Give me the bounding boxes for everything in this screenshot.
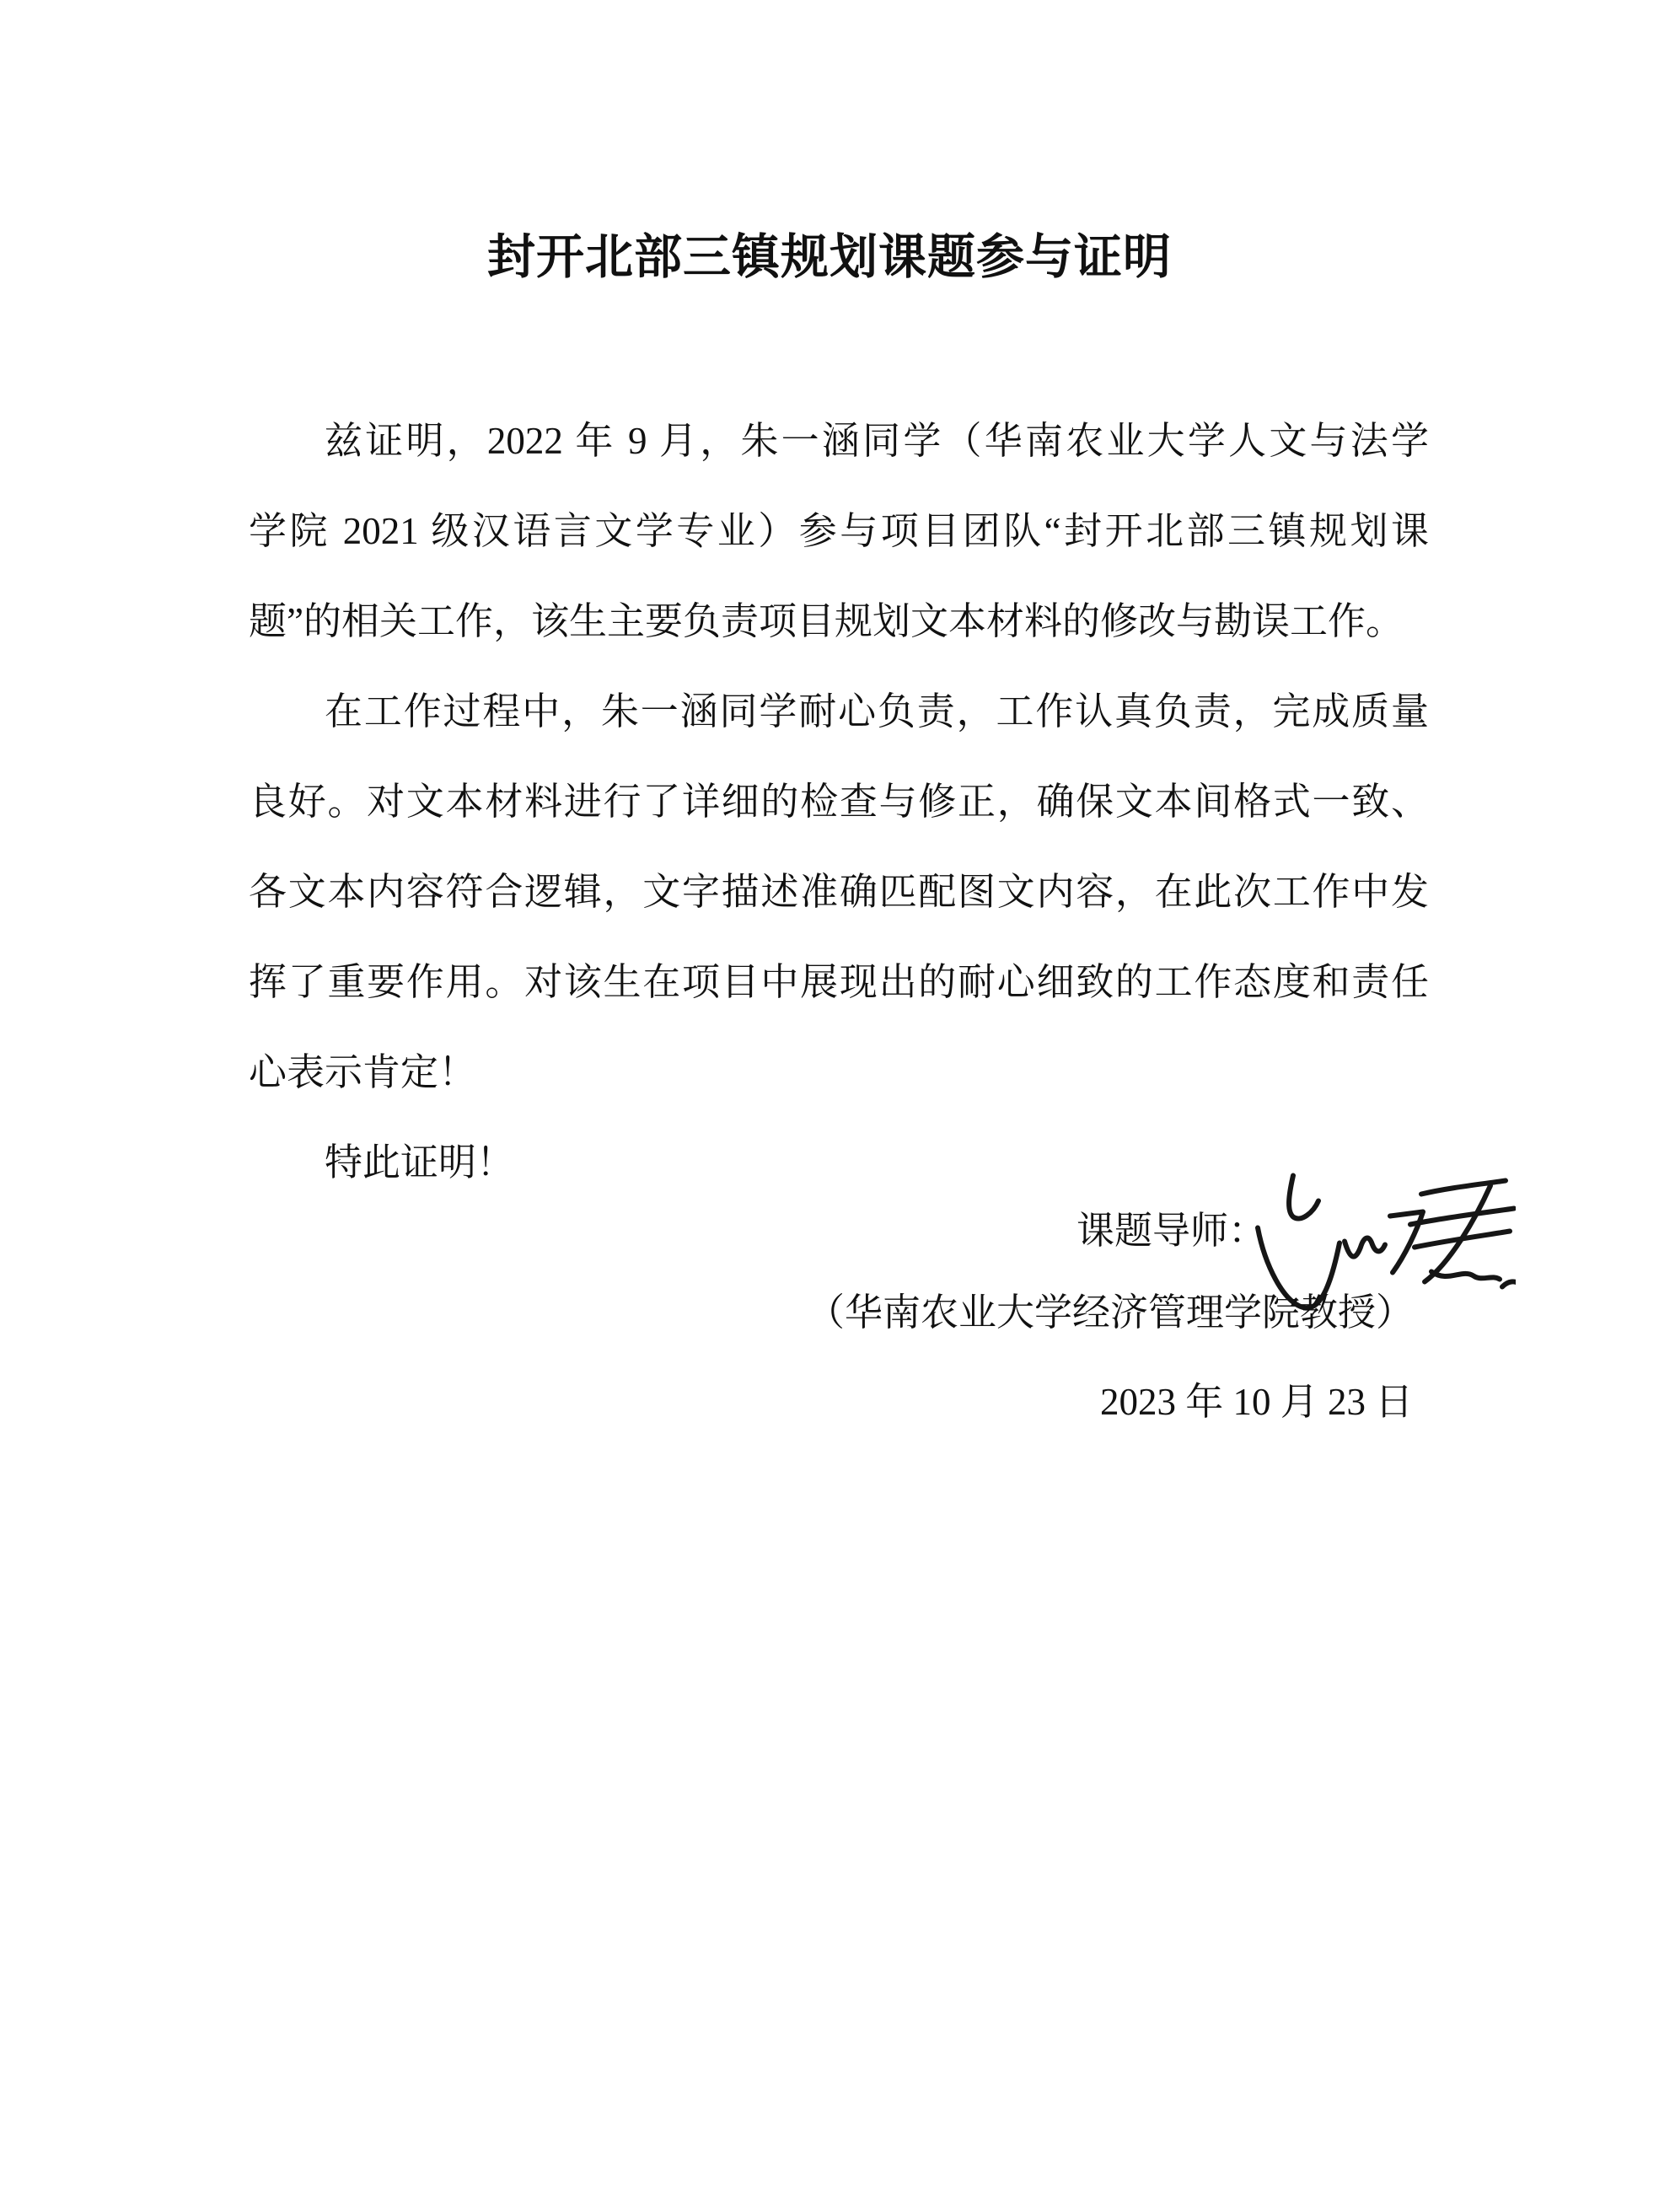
- text-line: 题”的相关工作，该生主要负责项目规划文本材料的修改与勘误工作。: [249, 577, 1429, 667]
- text-line: 良好。对文本材料进行了详细的检查与修正，确保文本间格式一致、: [249, 757, 1429, 847]
- certificate-document: 封开北部三镇规划课题参与证明 兹证明，2022 年 9 月，朱一涵同学（华南农业…: [0, 0, 1659, 2212]
- signature-date: 2023 年 10 月 23 日: [1100, 1378, 1413, 1425]
- signature-affiliation: （华南农业大学经济管理学院教授）: [807, 1289, 1414, 1336]
- document-body: 兹证明，2022 年 9 月，朱一涵同学（华南农业大学人文与法学学院 2021 …: [249, 396, 1429, 1208]
- text-line: 兹证明，2022 年 9 月，朱一涵同学（华南农业大学人文与法学: [249, 396, 1429, 486]
- text-line: 挥了重要作用。对该生在项目中展现出的耐心细致的工作态度和责任: [249, 937, 1429, 1028]
- document-title: 封开北部三镇规划课题参与证明: [0, 229, 1659, 287]
- paragraph: 兹证明，2022 年 9 月，朱一涵同学（华南农业大学人文与法学学院 2021 …: [249, 396, 1429, 667]
- text-line: 在工作过程中，朱一涵同学耐心负责，工作认真负责，完成质量: [249, 667, 1429, 757]
- text-line: 心表示肯定！: [249, 1028, 1429, 1118]
- text-line: 各文本内容符合逻辑，文字描述准确匹配图文内容，在此次工作中发: [249, 847, 1429, 937]
- paragraph: 在工作过程中，朱一涵同学耐心负责，工作认真负责，完成质量良好。对文本材料进行了详…: [249, 667, 1429, 1118]
- text-line: 学院 2021 级汉语言文学专业）参与项目团队“封开北部三镇规划课: [249, 486, 1429, 577]
